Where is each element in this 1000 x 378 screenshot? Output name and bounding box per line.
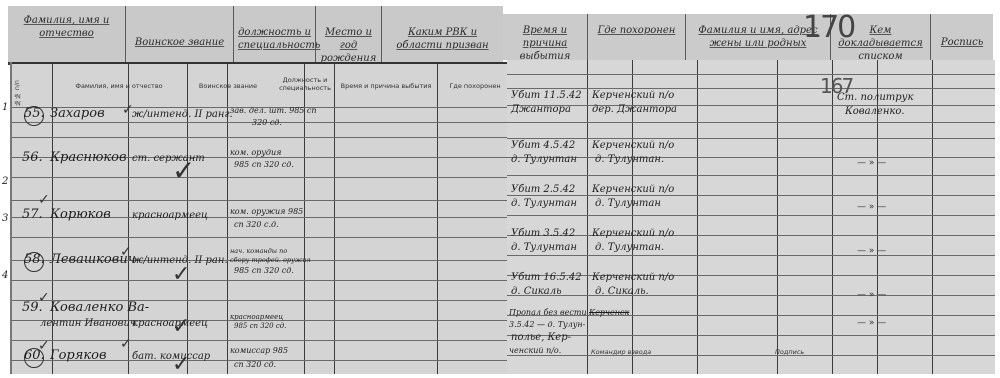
row-rank: ж/интенд. II ранг.: [132, 109, 233, 120]
row-name: Захаров: [50, 106, 105, 121]
row-position-2: 985 сп 320 сд.: [234, 321, 286, 331]
ditto-mark: — » —: [857, 202, 886, 212]
time-reason-line-1: Убит 11.5.42: [511, 90, 582, 101]
header-rank: Воинское звание: [188, 82, 268, 90]
row-number: 59.: [22, 300, 43, 315]
footer-commander-label: Командир взвода: [591, 348, 651, 356]
row-position-1: ком. орудия: [230, 148, 281, 158]
ditto-mark: — » —: [857, 318, 886, 328]
margin-mark: 2: [2, 176, 8, 187]
rule: [507, 195, 995, 196]
check-mark-icon: ✓: [172, 262, 190, 287]
row-name: Горяков: [50, 348, 107, 363]
rule: [832, 60, 833, 374]
strip-label: Роспись: [935, 36, 989, 49]
row-number: 55.: [24, 106, 45, 121]
buried-line-2: д. Тулунтан.: [595, 242, 664, 253]
buried-line-2: д. Сикаль.: [595, 286, 649, 297]
rule: [507, 105, 995, 106]
rule: [12, 177, 509, 178]
scanned-register-sheet: Фамилия, имя и отчество Воинское звание …: [0, 0, 1000, 378]
row-position-2: сбору трофей. оружия: [230, 255, 311, 265]
header-name: Фамилия, имя и отчество: [54, 82, 184, 90]
strip-label: Воинское звание: [130, 36, 229, 49]
strip-label: Каким РВК и области призван: [386, 26, 499, 52]
strip-col-signature: Роспись: [931, 14, 993, 60]
reported-by-line-1: Ст. политрук: [837, 92, 913, 103]
check-mark-icon: ✓: [38, 192, 50, 208]
check-mark-icon: ✓: [120, 336, 132, 352]
ditto-mark: — » —: [857, 158, 886, 168]
margin-mark: 1: [2, 102, 8, 113]
row-position-3: 985 сп 320 сд.: [234, 266, 294, 276]
time-reason-line-2: 3.5.42 — д. Тулун-: [509, 320, 585, 330]
rule: [507, 355, 995, 356]
row-position-1: ком. оружия 985: [230, 207, 303, 217]
stamp-page-number: 170: [803, 10, 854, 45]
rule: [12, 137, 509, 138]
rule: [507, 88, 995, 89]
time-reason-line-2: д. Сикаль: [511, 286, 562, 297]
printed-form-left: №№ п/п Фамилия, имя и отчество Воинское …: [10, 62, 509, 374]
buried-line-1: Керченский п/о: [592, 140, 674, 151]
time-reason-line-1: Убит 3.5.42: [511, 228, 575, 239]
buried-line-2: дер. Джантора: [592, 104, 677, 115]
row-rank: красноармеец: [132, 210, 208, 221]
rule: [777, 60, 778, 374]
rule: [507, 122, 995, 123]
row-position-1: комиссар 985: [230, 346, 288, 356]
buried-struck: Керченск: [589, 308, 629, 318]
time-reason-line-1: Убит 4.5.42: [511, 140, 575, 151]
rule: [334, 62, 335, 374]
rule: [697, 60, 698, 374]
time-reason-line-1: Убит 2.5.42: [511, 184, 575, 195]
buried-line-2: д. Тулунтан.: [595, 154, 664, 165]
strip-label: Где похоронен: [592, 24, 681, 37]
rule: [507, 74, 995, 75]
strip-label: Место и год рождения: [320, 26, 377, 65]
rule: [932, 60, 933, 374]
rule: [507, 138, 995, 139]
strip-col-buried: Где похоронен: [588, 14, 686, 60]
time-reason-line-3: полье, Кер-: [511, 332, 571, 343]
strip-label: Время и причина выбытия: [507, 24, 583, 63]
rule: [12, 200, 509, 201]
row-position-2: 320 сд.: [252, 118, 282, 128]
check-mark-icon: ✓: [172, 352, 190, 377]
header-buried: Где похоронен: [440, 82, 510, 90]
buried-line-1: Керченский п/о: [592, 228, 674, 239]
row-number: 57.: [22, 207, 43, 222]
header-strip-left: Фамилия, имя и отчество Воинское звание …: [8, 6, 503, 65]
header-number: №№ п/п: [14, 66, 28, 106]
rule: [507, 255, 995, 256]
buried-line-2: д. Тулунтан: [595, 198, 661, 209]
rule: [587, 60, 588, 374]
rule: [507, 157, 995, 158]
rule: [507, 295, 995, 296]
check-mark-icon: ✓: [172, 314, 190, 339]
time-reason-line-4: ченский п/о.: [509, 346, 561, 356]
strip-col-birth: Место и год рождения: [316, 6, 382, 62]
buried-line-1: Керченский п/о: [592, 90, 674, 101]
time-reason-line-2: д. Тулунтан: [511, 198, 577, 209]
row-position-2: 985 сп 320 сд.: [234, 160, 294, 170]
rule: [12, 62, 509, 64]
strip-col-name: Фамилия, имя и отчество: [8, 6, 126, 62]
footer-signature-label: Подпись: [775, 348, 804, 356]
row-number: 60.: [24, 348, 45, 363]
row-position-2: сп 320 с.д.: [234, 220, 279, 230]
strip-col-rvk: Каким РВК и области призван: [382, 6, 503, 62]
check-mark-icon: ✓: [120, 244, 132, 260]
row-name: Краснюков: [50, 150, 127, 165]
ditto-mark: — » —: [857, 246, 886, 256]
check-mark-icon: ✓: [172, 154, 195, 187]
margin-mark: 3: [2, 213, 8, 224]
buried-line-1: Керченский п/о: [592, 184, 674, 195]
strip-label: должность и специальность: [238, 26, 311, 52]
row-name: Корюков: [50, 207, 111, 222]
strip-col-position: должность и специальность: [234, 6, 316, 62]
rule: [12, 340, 509, 341]
strip-col-rank: Воинское звание: [126, 6, 234, 62]
time-reason-line-1: Убит 16.5.42: [511, 272, 582, 283]
time-reason-line-1: Пропал без вести: [509, 308, 587, 318]
row-position-1: зав. дел. шт. 985 сп: [230, 106, 317, 116]
rule: [507, 335, 995, 336]
row-position-2: сп 320 сд.: [234, 360, 276, 370]
header-time-reason: Время и причина выбытия: [336, 82, 436, 90]
rule: [507, 215, 995, 216]
header-position: Должность и специальность: [270, 76, 340, 92]
time-reason-line-2: Джантора: [511, 104, 571, 115]
header-strip-right: Время и причина выбытия Где похоронен Фа…: [503, 14, 993, 60]
rule: [437, 62, 438, 374]
strip-col-time: Время и причина выбытия: [503, 14, 588, 60]
ditto-mark: — » —: [857, 290, 886, 300]
reported-by-line-2: Коваленко.: [845, 106, 905, 117]
time-reason-line-2: д. Тулунтан: [511, 242, 577, 253]
row-number: 58.: [24, 252, 45, 267]
rule: [12, 280, 509, 281]
strip-label: Фамилия, имя и отчество: [12, 14, 121, 40]
buried-line-1: Керченский п/о: [592, 272, 674, 283]
time-reason-line-2: д. Тулунтан: [511, 154, 577, 165]
row-rank: красноармеец: [132, 318, 208, 329]
margin-mark: 4: [2, 270, 8, 281]
row-name: Коваленко Ва-: [50, 300, 149, 315]
row-number: 56.: [22, 150, 43, 165]
row-name-continued: лентин Иванович: [40, 318, 136, 329]
rule: [12, 237, 509, 238]
printed-form-right: 167 Убит 11.5.42 Джантора Керченский п/о…: [507, 60, 995, 374]
rule: [507, 175, 995, 176]
rule: [507, 235, 995, 236]
